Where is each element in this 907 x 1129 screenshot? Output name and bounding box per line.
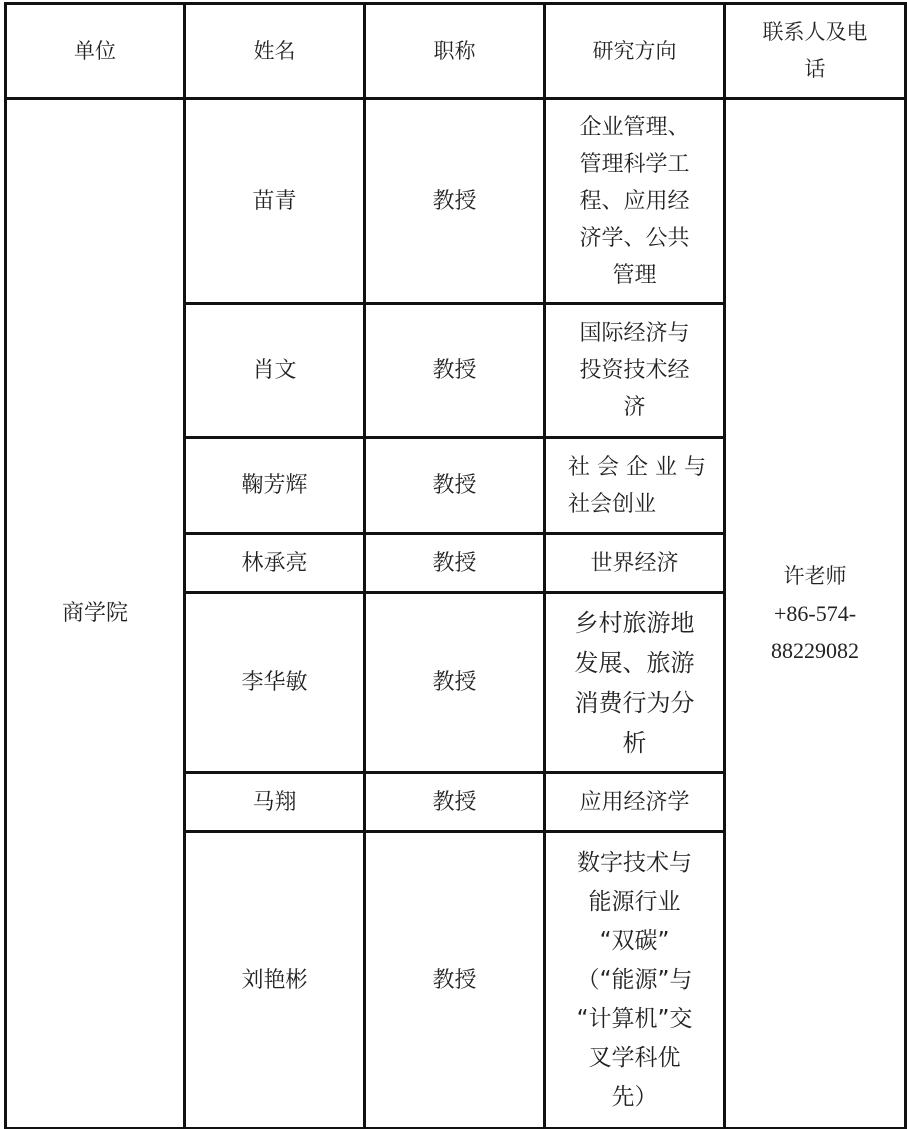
title-cell: 教授 <box>365 534 545 593</box>
header-name: 姓名 <box>185 4 365 99</box>
contact-cell: 许老师 +86-574- 88229082 <box>725 99 906 1129</box>
field-cell: 企业管理、 管理科学工 程、应用经 济学、公共 管理 <box>545 99 725 304</box>
field-line: 先） <box>558 1078 711 1117</box>
title-cell: 教授 <box>365 593 545 773</box>
title-cell: 教授 <box>365 438 545 534</box>
title-cell: 教授 <box>365 832 545 1129</box>
field-line: 析 <box>560 723 709 763</box>
field-line: 投资技术经 <box>556 352 713 389</box>
field-line: 世界经济 <box>556 545 713 582</box>
field-line: 应用经济学 <box>556 784 713 821</box>
name-cell: 苗青 <box>185 99 365 304</box>
field-cell: 应用经济学 <box>545 773 725 832</box>
contact-name: 许老师 <box>736 558 894 595</box>
field-line: “计算机”交 <box>558 1000 711 1039</box>
title-cell: 教授 <box>365 99 545 304</box>
header-row: 单位 姓名 职称 研究方向 联系人及电 话 <box>6 4 906 99</box>
field-line: （“能源”与 <box>558 961 711 1000</box>
field-line: 管理 <box>556 257 713 294</box>
field-line: 乡村旅游地 <box>560 603 709 643</box>
field-cell: 国际经济与 投资技术经 济 <box>545 304 725 438</box>
faculty-table: 单位 姓名 职称 研究方向 联系人及电 话 商学院 苗青 教授 企业管理、 管理… <box>4 2 907 1129</box>
field-line: 程、应用经 <box>556 183 713 220</box>
field-line: 叉学科优 <box>558 1039 711 1078</box>
field-line: 管理科学工 <box>556 146 713 183</box>
field-line: 社会创业 <box>568 486 713 523</box>
field-line: 数字技术与 <box>558 844 711 883</box>
header-contact-line-2: 话 <box>736 51 894 88</box>
field-line: 发展、旅游 <box>560 643 709 683</box>
field-line: 济 <box>556 389 713 426</box>
name-cell: 肖文 <box>185 304 365 438</box>
title-cell: 教授 <box>365 304 545 438</box>
field-cell: 世界经济 <box>545 534 725 593</box>
title-cell: 教授 <box>365 773 545 832</box>
contact-phone-line-2: 88229082 <box>736 632 894 669</box>
header-contact: 联系人及电 话 <box>725 4 906 99</box>
field-cell: 社会企业与 社会创业 <box>545 438 725 534</box>
name-cell: 刘艳彬 <box>185 832 365 1129</box>
field-cell: 乡村旅游地 发展、旅游 消费行为分 析 <box>545 593 725 773</box>
name-cell: 李华敏 <box>185 593 365 773</box>
name-cell: 林承亮 <box>185 534 365 593</box>
header-title: 职称 <box>365 4 545 99</box>
field-line: “双碳” <box>558 922 711 961</box>
header-field: 研究方向 <box>545 4 725 99</box>
unit-cell: 商学院 <box>6 99 185 1129</box>
field-cell: 数字技术与 能源行业 “双碳” （“能源”与 “计算机”交 叉学科优 先） <box>545 832 725 1129</box>
field-line: 企业管理、 <box>556 109 713 146</box>
header-unit: 单位 <box>6 4 185 99</box>
table-row: 商学院 苗青 教授 企业管理、 管理科学工 程、应用经 济学、公共 管理 许老师… <box>6 99 906 304</box>
contact-phone-line-1: +86-574- <box>736 595 894 632</box>
header-contact-line-1: 联系人及电 <box>736 14 894 51</box>
field-line: 国际经济与 <box>556 315 713 352</box>
field-line: 社会企业与 <box>568 449 713 486</box>
field-line: 济学、公共 <box>556 220 713 257</box>
field-line: 能源行业 <box>558 883 711 922</box>
name-cell: 马翔 <box>185 773 365 832</box>
field-line: 消费行为分 <box>560 683 709 723</box>
name-cell: 鞠芳辉 <box>185 438 365 534</box>
